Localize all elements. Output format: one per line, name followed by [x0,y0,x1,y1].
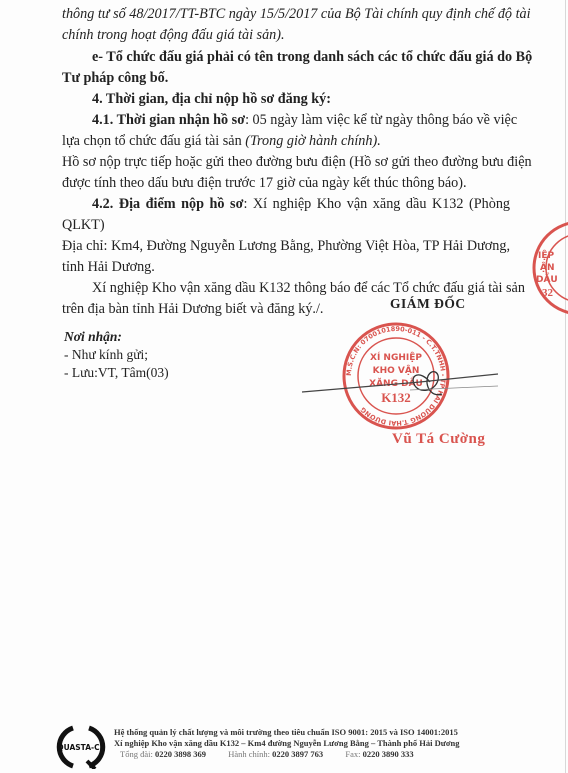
section-4-2-label: 4.2. Địa điểm nộp hồ sơ [92,196,243,212]
recipient-item: - Như kính gửi; [64,346,148,364]
closing-paragraph: Xí nghiệp Kho vận xăng dầu K132 thông bá… [62,278,510,298]
section-4-1-text: : 05 ngày làm việc kể từ ngày thông báo … [245,112,517,128]
address-line-cont: tỉnh Hải Dương. [62,257,510,277]
signer-name: Vũ Tá Cường [392,431,485,448]
section-4-1-cont-text: lựa chọn tổ chức đấu giá tài sản [62,133,245,149]
recipient-item: - Lưu:VT, Tâm(03) [64,364,169,382]
svg-text:IỆP: IỆP [538,250,554,261]
section-4-1-label: 4.1. Thời gian nhận hồ sơ [92,112,245,128]
svg-text:QUASTA-CE: QUASTA-CE [57,743,105,752]
admin-number: 0220 3897 763 [272,749,323,759]
submission-note-cont: được tính theo dấu bưu điện trước 17 giờ… [62,173,510,193]
section-4-2-cont: QLKT) [62,215,510,235]
section-e-cont: Tư pháp công bố. [62,68,510,88]
footer-address-line: Xí nghiệp Kho vận xăng dầu K132 – Km4 đư… [114,738,460,749]
svg-text:XÍ NGHIỆP: XÍ NGHIỆP [370,351,422,363]
svg-text:ẬN: ẬN [540,262,555,273]
section-4-1: 4.1. Thời gian nhận hồ sơ: 05 ngày làm v… [62,110,510,130]
signer-title: GIÁM ĐỐC [390,296,466,312]
footer-iso-line: Hệ thống quản lý chất lượng và môi trườn… [114,727,460,738]
footer-contacts: Tổng đài: 0220 3898 369 Hành chính: 0220… [114,749,460,760]
quasta-logo-icon: QUASTA-CE [55,725,107,769]
section-4-2: 4.2. Địa điểm nộp hồ sơ: Xí nghiệp Kho v… [62,194,510,214]
admin-label: Hành chính: [228,749,270,759]
footer: Hệ thống quản lý chất lượng và môi trườn… [114,727,460,760]
partial-stamp-icon: IỆP ẬN DẦU 32 [530,218,568,318]
body-line-2: chính trong hoạt động đấu giá tài sản). [62,25,510,45]
svg-text:32: 32 [542,287,554,299]
switchboard-label: Tổng đài: [120,749,153,759]
section-4-1-cont: lựa chọn tổ chức đấu giá tài sản (Trong … [62,131,510,151]
address-line: Địa chỉ: Km4, Đường Nguyễn Lương Bằng, P… [62,236,510,256]
office-hours-note: (Trong giờ hành chính). [245,133,381,149]
section-4-2-text: : Xí nghiệp Kho vận xăng dầu K132 (Phòng [243,196,510,212]
page-edge [565,0,566,773]
document-page: thông tư số 48/2017/TT-BTC ngày 15/5/201… [0,0,568,773]
signature-stroke-icon [300,368,500,398]
fax-label: Fax: [345,749,360,759]
section-4-heading: 4. Thời gian, địa chỉ nộp hồ sơ đăng ký: [62,89,510,109]
section-e: e- Tổ chức đấu giá phải có tên trong dan… [62,47,510,67]
recipients-heading: Nơi nhận: [64,328,122,346]
switchboard-number: 0220 3898 369 [155,749,206,759]
fax-number: 0220 3890 333 [363,749,414,759]
submission-note: Hồ sơ nộp trực tiếp hoặc gửi theo đường … [62,152,510,172]
body-line-1: thông tư số 48/2017/TT-BTC ngày 15/5/201… [62,4,510,24]
